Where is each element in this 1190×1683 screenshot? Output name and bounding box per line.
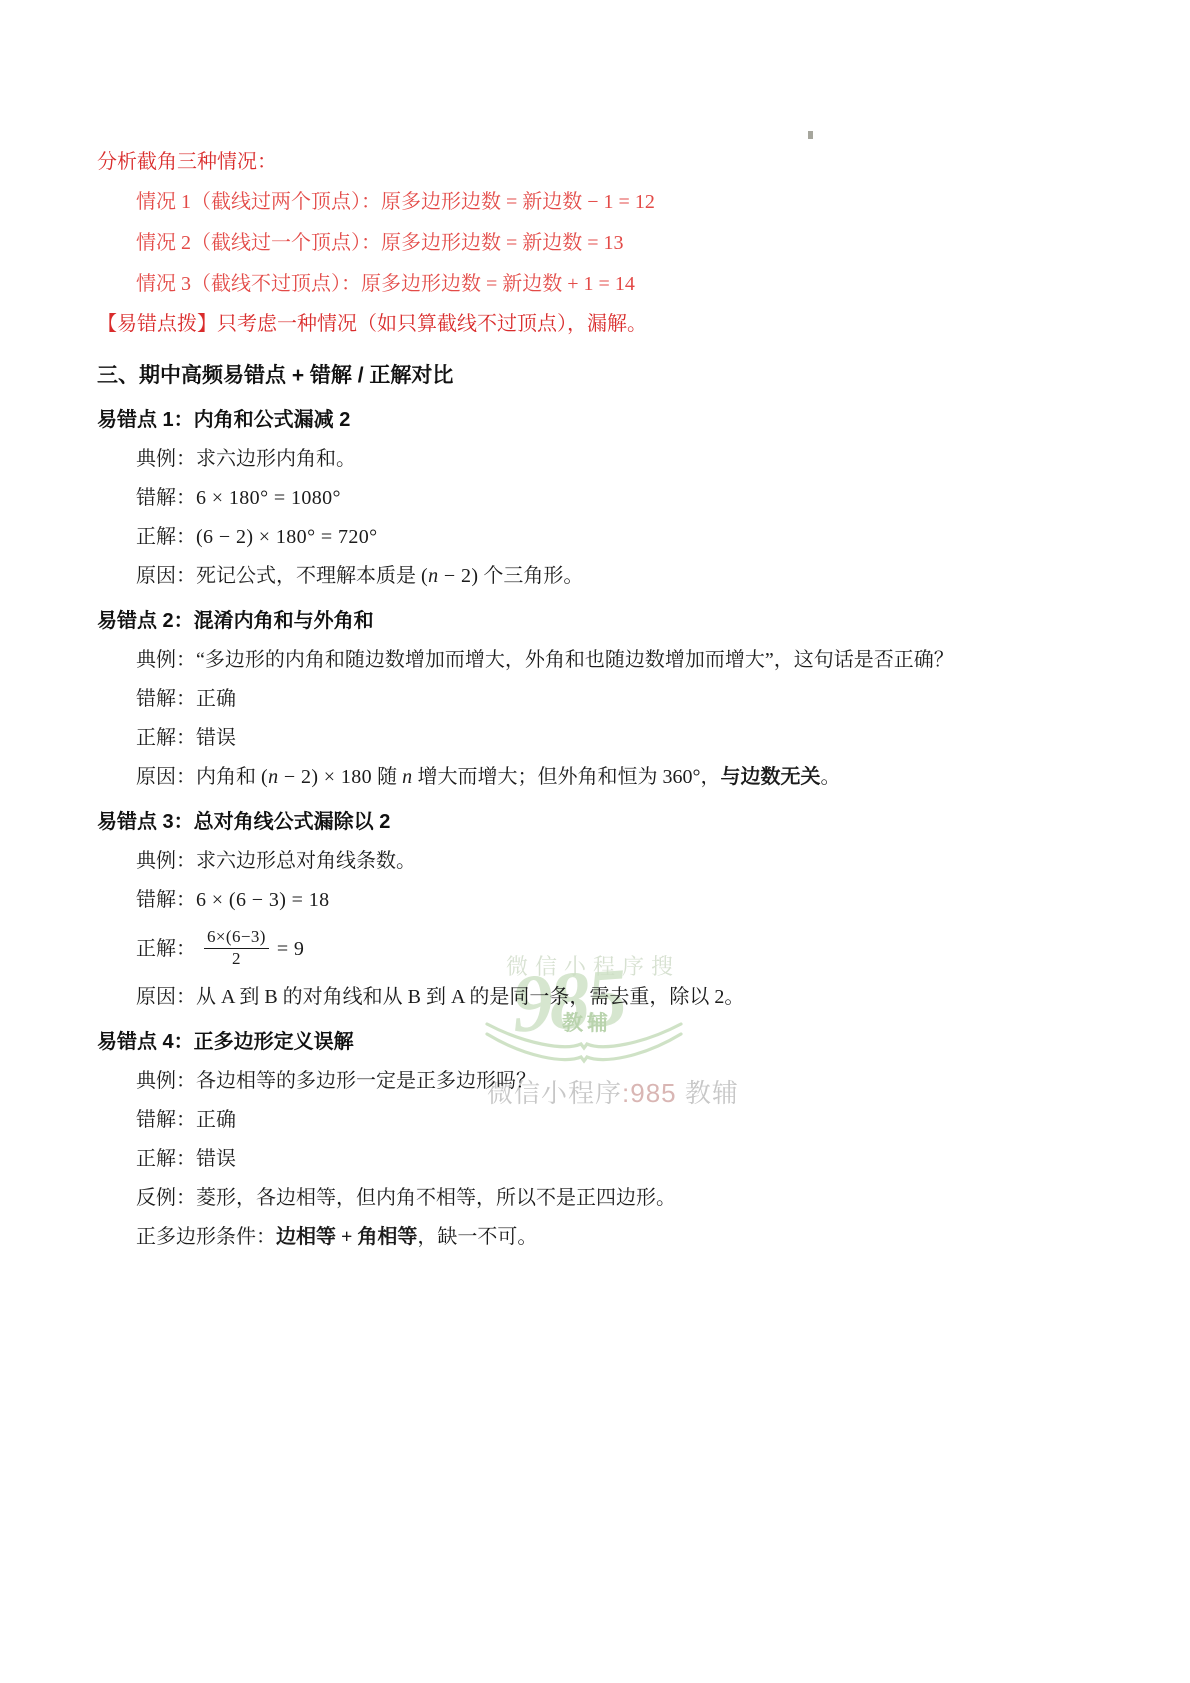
reason-label: 原因：: [136, 766, 196, 788]
wrong-label: 错解：: [136, 1109, 196, 1131]
red-case-2-line: 情况 2（截线过一个顶点）：原多边形边数 = 新边数 = 13: [97, 223, 1140, 264]
example-text: 求六边形内角和。: [196, 448, 356, 470]
red-intro-line: 分析截角三种情况：: [97, 143, 1140, 182]
point-3-wrong-line: 错解：6 × (6 − 3) = 18: [97, 881, 1140, 920]
document-page: 微信小程序搜 985 教辅 微信小程序:985 教辅 分析截角三种情况： 情况 …: [0, 0, 1190, 1683]
reason-bold-emphasis: 与边数无关: [721, 766, 821, 788]
point-4-condition-line: 正多边形条件：边相等 + 角相等，缺一不可。: [97, 1218, 1140, 1257]
error-tip-line: 【易错点拨】只考虑一种情况（如只算截线不过顶点），漏解。: [97, 305, 1140, 344]
reason-post: 增大而增大；但外角和恒为 360°，: [413, 766, 721, 788]
example-label: 典例：: [136, 649, 196, 671]
point-1-wrong-line: 错解：6 × 180° = 1080°: [97, 479, 1140, 518]
example-label: 典例：: [136, 448, 196, 470]
point-2-right-line: 正解：错误: [97, 719, 1140, 758]
wrong-text: 正确: [196, 1109, 236, 1131]
error-tip-text: 只考虑一种情况（如只算截线不过顶点），漏解。: [217, 313, 647, 335]
reason-pre: 内角和: [196, 766, 261, 788]
wrong-text: 正确: [196, 688, 236, 710]
point-2-example-line: 典例：“多边形的内角和随边数增加而增大，外角和也随边数增加而增大”，这句话是否正…: [97, 641, 1140, 680]
right-math: (6 − 2) × 180° = 720°: [196, 526, 378, 548]
right-text: 错误: [196, 727, 236, 749]
stray-mark: [808, 131, 813, 139]
wrong-math: 6 × 180° = 1080°: [196, 487, 341, 509]
reason-label: 原因：: [136, 986, 196, 1008]
counterexample-label: 反例：: [136, 1187, 196, 1209]
math-rest: − 2) × 180: [278, 766, 372, 788]
point-1-example-line: 典例：求六边形内角和。: [97, 440, 1140, 479]
math-variable-n: n: [402, 766, 412, 788]
math-rest: − 2): [438, 565, 478, 587]
reason-mid: 随: [372, 766, 402, 788]
point-1-right-line: 正解：(6 − 2) × 180° = 720°: [97, 518, 1140, 557]
condition-pre: 正多边形条件：: [136, 1226, 276, 1248]
fraction-result: = 9: [277, 938, 304, 960]
example-label: 典例：: [136, 850, 196, 872]
point-3-title: 易错点 3：总对角线公式漏除以 2: [97, 803, 1140, 842]
point-4-counterexample-line: 反例：菱形，各边相等，但内角不相等，所以不是正四边形。: [97, 1179, 1140, 1218]
document-content: 分析截角三种情况： 情况 1（截线过两个顶点）：原多边形边数 = 新边数 − 1…: [0, 0, 1190, 1257]
condition-post: ，缺一不可。: [417, 1226, 537, 1248]
reason-post: 个三角形。: [478, 565, 583, 587]
counterexample-text: 菱形，各边相等，但内角不相等，所以不是正四边形。: [196, 1187, 676, 1209]
section-title: 三、期中高频易错点 + 错解 / 正解对比: [97, 356, 1140, 395]
error-tip-label: 【易错点拨】: [97, 313, 217, 335]
reason-end: 。: [821, 766, 841, 788]
right-label: 正解：: [136, 526, 196, 548]
right-text: 错误: [196, 1148, 236, 1170]
example-text: 各边相等的多边形一定是正多边形吗？: [196, 1070, 536, 1092]
point-1-title: 易错点 1：内角和公式漏减 2: [97, 401, 1140, 440]
reason-pre: 死记公式，不理解本质是: [196, 565, 421, 587]
point-1-reason-line: 原因：死记公式，不理解本质是 (n − 2) 个三角形。: [97, 557, 1140, 596]
reason-text: 从 A 到 B 的对角线和从 B 到 A 的是同一条，需去重，除以 2。: [196, 986, 744, 1008]
point-3-reason-line: 原因：从 A 到 B 的对角线和从 B 到 A 的是同一条，需去重，除以 2。: [97, 978, 1140, 1017]
point-4-example-line: 典例：各边相等的多边形一定是正多边形吗？: [97, 1062, 1140, 1101]
math-variable-n: n: [428, 565, 438, 587]
point-4-title: 易错点 4：正多边形定义误解: [97, 1023, 1140, 1062]
right-label: 正解：: [136, 938, 196, 960]
point-3-example-line: 典例：求六边形总对角线条数。: [97, 842, 1140, 881]
wrong-math: 6 × (6 − 3) = 18: [196, 889, 330, 911]
example-text: “多边形的内角和随边数增加而增大，外角和也随边数增加而增大”，这句话是否正确？: [196, 649, 954, 671]
point-3-right-line: 正解：6×(6−3)2= 9: [97, 920, 1140, 978]
fraction-numerator: 6×(6−3): [204, 926, 269, 949]
example-label: 典例：: [136, 1070, 196, 1092]
example-text: 求六边形总对角线条数。: [196, 850, 416, 872]
math-paren: (: [421, 565, 428, 587]
math-paren: (: [261, 766, 268, 788]
red-case-3-line: 情况 3（截线不过顶点）：原多边形边数 = 新边数 + 1 = 14: [97, 264, 1140, 305]
condition-bold-emphasis: 边相等 + 角相等: [276, 1226, 417, 1248]
wrong-label: 错解：: [136, 487, 196, 509]
right-label: 正解：: [136, 1148, 196, 1170]
math-variable-n: n: [268, 766, 278, 788]
wrong-label: 错解：: [136, 688, 196, 710]
point-4-wrong-line: 错解：正确: [97, 1101, 1140, 1140]
wrong-label: 错解：: [136, 889, 196, 911]
fraction: 6×(6−3)2: [204, 926, 269, 969]
reason-label: 原因：: [136, 565, 196, 587]
point-2-title: 易错点 2：混淆内角和与外角和: [97, 602, 1140, 641]
right-label: 正解：: [136, 727, 196, 749]
red-case-1-line: 情况 1（截线过两个顶点）：原多边形边数 = 新边数 − 1 = 12: [97, 182, 1140, 223]
fraction-denominator: 2: [204, 949, 269, 969]
point-2-reason-line: 原因：内角和 (n − 2) × 180 随 n 增大而增大；但外角和恒为 36…: [97, 758, 1140, 797]
point-4-right-line: 正解：错误: [97, 1140, 1140, 1179]
point-2-wrong-line: 错解：正确: [97, 680, 1140, 719]
